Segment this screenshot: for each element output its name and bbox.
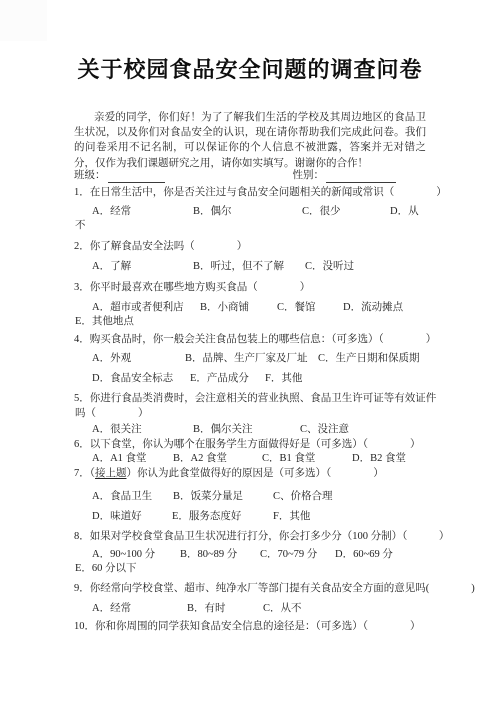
respondent-info-row: 班级： 性别： xyxy=(74,168,396,183)
q8-option-c: C．70~79 分 xyxy=(260,547,335,562)
q4-option-b: B．品牌、生产厂家及厂址 xyxy=(185,351,318,366)
q1-option-d: D．从 xyxy=(390,204,419,219)
q6-option-b: B．A2 食堂 xyxy=(173,451,262,466)
q2-option-b: B．听过，但不了解 xyxy=(193,259,305,274)
gender-blank-line xyxy=(326,171,396,183)
question-6-options: A．A1 食堂 B．A2 食堂 C．B1 食堂 D．B2 食堂 xyxy=(92,451,406,466)
question-5-text-line1: 5．你进行食品类消费时，会注意相关的营业执照、食品卫生许可证等有效证件 xyxy=(74,391,436,406)
q2-option-c: C．没听过 xyxy=(305,259,354,274)
q6-option-d: D．B2 食堂 xyxy=(352,451,406,466)
question-2-text: 2．你了解食品安全法吗（ ） xyxy=(74,239,247,254)
question-1-options: A．经常 B．偶尔 C．很少 D．从 xyxy=(92,204,419,219)
q8-option-d: D．60~69 分 xyxy=(335,547,393,562)
question-10-text: 10．你和你周围的同学获知食品安全信息的途径是：（可多选）（ ） xyxy=(74,619,421,634)
q9-option-a: A．经常 xyxy=(92,601,187,616)
q1-option-d-wrap: 不 xyxy=(75,218,86,233)
q7-option-a: A．食品卫生 xyxy=(92,489,173,504)
page-title: 关于校园食品安全问题的调查问卷 xyxy=(0,55,500,85)
question-5-text-line2: 吗（ ） xyxy=(75,406,149,421)
q7-option-e: E．服务态度好 xyxy=(172,509,273,524)
class-blank-line xyxy=(108,171,165,183)
q2-option-a: A．了解 xyxy=(92,259,193,274)
question-4-options-row1: A．外观 B．品牌、生产厂家及厂址 C．生产日期和保质期 xyxy=(92,351,420,366)
intro-paragraph: 亲爱的同学，你们好！为了了解我们生活的学校及其周边地区的食品卫生状况，以及你们对… xyxy=(74,110,426,171)
scan-artifact xyxy=(0,0,47,41)
q7-option-d: D．味道好 xyxy=(92,509,172,524)
question-2-options: A．了解 B．听过，但不了解 C．没听过 xyxy=(92,259,354,274)
question-4-text: 4．购买食品时，你一般会关注食品包装上的哪些信息：（可多选）（ ） xyxy=(74,332,436,347)
q5-option-a: A．很关注 xyxy=(92,422,193,437)
q6-option-c: C．B1 食堂 xyxy=(262,451,352,466)
q1-option-a: A．经常 xyxy=(92,204,193,219)
q8-option-e: E．60 分以下 xyxy=(75,561,137,576)
q5-option-b: B．偶尔关注 xyxy=(193,422,300,437)
question-4-options-row2: D．食品安全标志 E．产品成分 F．其他 xyxy=(92,371,302,386)
q7-text-underlined: 接上题 xyxy=(95,468,127,479)
q9-option-c: C．从不 xyxy=(263,601,302,616)
gender-label: 性别： xyxy=(293,168,325,183)
q8-option-a: A．90~100 分 xyxy=(92,547,180,562)
question-1-text: 1．在日常生活中，你是否关注过与食品安全问题相关的新闻或常识（ ） xyxy=(74,185,447,200)
q3-option-e: E．其他地点 xyxy=(75,314,134,329)
q4-option-d: D．食品安全标志 xyxy=(92,371,190,386)
question-6-text: 6．以下食堂，你认为哪个在服务学生方面做得好是（可多选）（ ） xyxy=(74,437,421,452)
q6-option-a: A．A1 食堂 xyxy=(92,451,173,466)
question-7-options-row1: A．食品卫生 B．饭菜分量足 C、价格合理 xyxy=(92,489,333,504)
q1-option-c: C．很少 xyxy=(302,204,390,219)
q3-option-a: A．超市或者便利店 xyxy=(92,300,200,315)
question-8-options: A．90~100 分 B．80~89 分 C．70~79 分 D．60~69 分 xyxy=(92,547,393,562)
q5-option-c: C、没注意 xyxy=(300,422,349,437)
q9-option-b: B．有时 xyxy=(187,601,263,616)
class-label: 班级： xyxy=(74,168,106,183)
questionnaire-document: 关于校园食品安全问题的调查问卷 亲爱的同学，你们好！为了了解我们生活的学校及其周… xyxy=(0,0,500,708)
question-7-options-row2: D．味道好 E．服务态度好 F．其他 xyxy=(92,509,310,524)
question-5-options: A．很关注 B．偶尔关注 C、没注意 xyxy=(92,422,349,437)
q7-text-suffix: ）你认为此食堂做得好的原因是（可多选）（ ） xyxy=(127,468,384,479)
q4-option-c: C．生产日期和保质期 xyxy=(318,351,420,366)
q3-option-b: B．小商铺 xyxy=(200,300,277,315)
q1-option-b: B．偶尔 xyxy=(193,204,302,219)
question-7-text: 7．（接上题）你认为此食堂做得好的原因是（可多选）（ ） xyxy=(74,466,384,481)
q7-option-b: B．饭菜分量足 xyxy=(173,489,273,504)
question-9-options: A．经常 B．有时 C．从不 xyxy=(92,601,302,616)
q7-option-c: C、价格合理 xyxy=(273,489,333,504)
q8-option-b: B．80~89 分 xyxy=(180,547,260,562)
q4-option-a: A．外观 xyxy=(92,351,185,366)
question-8-text: 8．如果对学校食堂食品卫生状况进行打分，你会打多少分（100 分制）（ ） xyxy=(74,529,449,544)
q7-text-prefix: 7．（ xyxy=(74,468,95,479)
question-3-text: 3．你平时最喜欢在哪些地方购买食品（ ） xyxy=(74,280,310,295)
q3-option-c: C．餐馆 xyxy=(277,300,343,315)
question-9-text: 9．你经常向学校食堂、超市、纯净水厂等部门提有关食品安全方面的意见吗( ) xyxy=(74,581,475,596)
q7-option-f: F．其他 xyxy=(273,509,310,524)
question-3-options: A．超市或者便利店 B．小商铺 C．餐馆 D．流动摊点 xyxy=(92,300,403,315)
q4-option-e: E．产品成分 xyxy=(190,371,265,386)
q3-option-d: D．流动摊点 xyxy=(343,300,403,315)
q4-option-f: F．其他 xyxy=(265,371,302,386)
